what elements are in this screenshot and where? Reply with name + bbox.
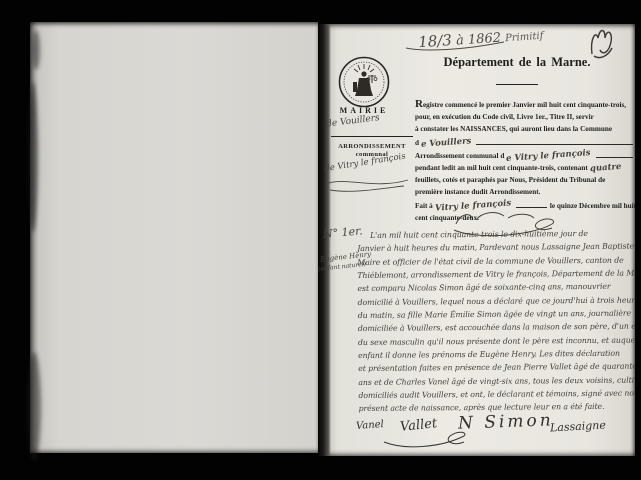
fill-rule (476, 136, 633, 145)
feuillets-count-handwritten: quatre (589, 161, 621, 175)
signature-lassaigne: Lassaigne (550, 419, 606, 435)
fait-a-printed: Fait à (415, 200, 433, 212)
page-edge-stain (28, 82, 38, 232)
arrondissement-line1: ARRONDISSEMENT (331, 143, 413, 151)
signature-simon: N Simon (458, 410, 554, 433)
intro-line-5-printed: Arrondissement communal d (415, 150, 504, 162)
annotation-note: Primitif (505, 31, 544, 45)
intro-line-3: à constater les NAISSANCES, qui auront l… (415, 123, 635, 135)
fill-rule (516, 199, 547, 208)
fill-rule (596, 149, 633, 158)
intro-line-7: feuillets, cotés et paraphés par Nous, P… (415, 174, 635, 186)
register-scan: 18/3 à 1862 Primitif MAIR (0, 0, 641, 480)
intro-line-5: Arrondissement communal d e Vitry le fra… (415, 149, 635, 162)
intro-line-1: Registre commencé le premier Janvier mil… (415, 98, 635, 111)
blank-left-page (30, 22, 318, 453)
title-divider (496, 84, 538, 85)
mairie-seal-icon (337, 52, 391, 110)
register-page: 18/3 à 1862 Primitif MAIR (318, 24, 635, 456)
register-intro: Registre commencé le premier Janvier mil… (415, 98, 635, 224)
intro-line-4: d e Vouillers (415, 136, 635, 149)
margin-divider (331, 136, 413, 137)
signature-vallet-flourish (380, 428, 470, 450)
intro-line-4-printed: d (415, 137, 419, 149)
page-edge-stain (27, 352, 41, 462)
intro-line-2: pour, en exécution du Code civil, Livre … (415, 111, 635, 123)
page-edge-stain (32, 30, 40, 70)
margin-flourish (324, 174, 410, 194)
page-title: Département de la Marne. (411, 55, 623, 70)
annotation-underline-flourish (404, 40, 508, 52)
intro-line-8: première instance dudit Arrondissement. (415, 186, 635, 198)
birth-act-text: L'an mil huit cent cinquante trois le di… (357, 227, 635, 416)
intro-line-6-printed: pendant ledit an mil huit cent cinquante… (415, 162, 588, 174)
